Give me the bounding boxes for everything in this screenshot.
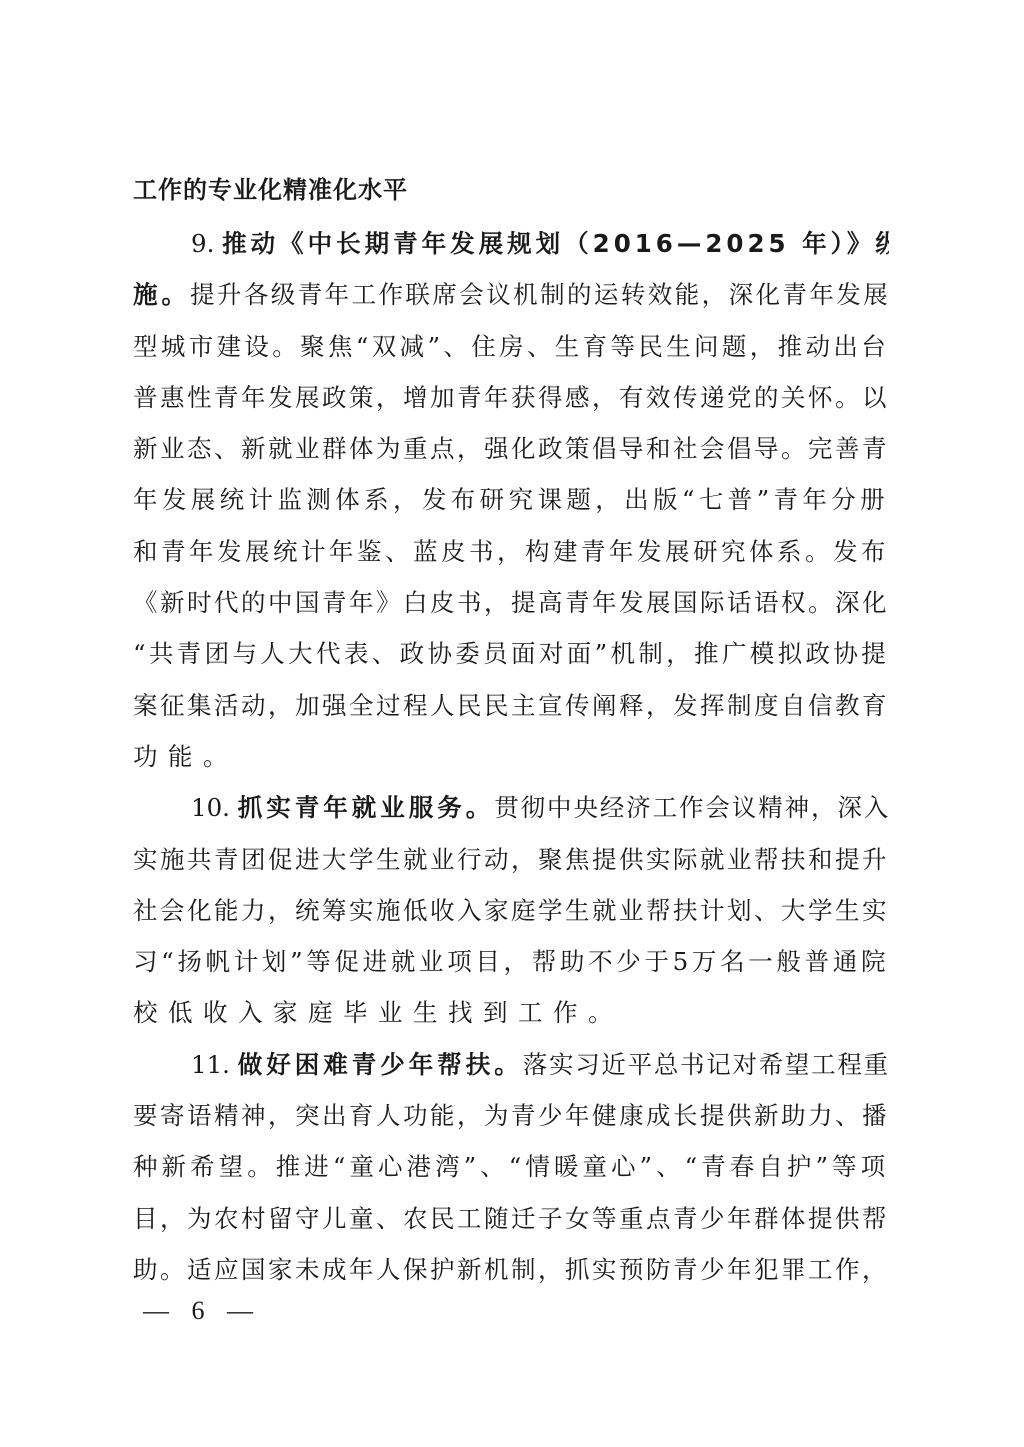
body-text: “共青团与人大代表、政协委员面对面”机制，推广模拟政协提: [133, 639, 889, 668]
body-text: 型城市建设。聚焦“双减”、住房、生育等民生问题，推动出台: [133, 332, 889, 361]
body-text: 《新时代的中国青年》白皮书，提高青年发展国际话语权。深化: [133, 588, 889, 617]
document-body: 9. 推动《中长期青年发展规划（2016—2025 年）》纵深实施。提升各级青年…: [133, 218, 889, 1295]
text-line: 《新时代的中国青年》白皮书，提高青年发展国际话语权。深化: [133, 577, 889, 628]
text-line: 社会化能力，统筹实施低收入家庭学生就业帮扶计划、大学生实: [133, 885, 889, 936]
item-title: 抓实青年就业服务。: [238, 793, 495, 822]
body-text: 实施共青团促进大学生就业行动，聚焦提供实际就业帮扶和提升: [133, 845, 889, 874]
body-text: 和青年发展统计年鉴、蓝皮书，构建青年发展研究体系。发布: [133, 537, 889, 566]
text-line: 11. 做好困难青少年帮扶。落实习近平总书记对希望工程重: [133, 1039, 889, 1090]
text-line: 型城市建设。聚焦“双减”、住房、生育等民生问题，推动出台: [133, 321, 889, 372]
text-line: 要寄语精神，突出育人功能，为青少年健康成长提供新助力、播: [133, 1090, 889, 1141]
item-title: 施。: [133, 280, 190, 309]
body-text: 校低收入家庭毕业生找到工作。: [133, 998, 623, 1027]
text-line: 种新希望。推进“童心港湾”、“情暖童心”、“青春自护”等项: [133, 1141, 889, 1192]
text-line: 新业态、新就业群体为重点，强化政策倡导和社会倡导。完善青: [133, 423, 889, 474]
document-page: 工作的专业化精准化水平 9. 推动《中长期青年发展规划（2016—2025 年）…: [133, 168, 889, 1295]
text-line: 施。提升各级青年工作联席会议机制的运转效能，深化青年发展: [133, 269, 889, 320]
body-text: 种新希望。推进“童心港湾”、“情暖童心”、“青春自护”等项: [133, 1152, 889, 1181]
text-line: 习“扬帆计划”等促进就业项目，帮助不少于5万名一般普通院: [133, 936, 889, 987]
body-text: 功能。: [133, 742, 238, 771]
item-number: 10.: [191, 793, 238, 822]
item-number: 11.: [191, 1050, 238, 1079]
page-footer: — 6 —: [143, 1296, 255, 1326]
text-line: 普惠性青年发展政策，增加青年获得感，有效传递党的关怀。以: [133, 372, 889, 423]
body-text: 年发展统计监测体系，发布研究课题，出版“七普”青年分册: [133, 485, 889, 514]
text-line: 和青年发展统计年鉴、蓝皮书，构建青年发展研究体系。发布: [133, 526, 889, 577]
paragraph-section-11: 11. 做好困难青少年帮扶。落实习近平总书记对希望工程重要寄语精神，突出育人功能…: [133, 1039, 889, 1295]
body-text: 社会化能力，统筹实施低收入家庭学生就业帮扶计划、大学生实: [133, 896, 889, 925]
text-line: 年发展统计监测体系，发布研究课题，出版“七普”青年分册: [133, 474, 889, 525]
item-title: 做好困难青少年帮扶。: [238, 1050, 523, 1079]
text-line: 目，为农村留守儿童、农民工随迁子女等重点青少年群体提供帮: [133, 1193, 889, 1244]
page-number: 6: [192, 1296, 207, 1325]
body-text: 普惠性青年发展政策，增加青年获得感，有效传递党的关怀。以: [133, 383, 889, 412]
body-text: 助。适应国家未成年人保护新机制，抓实预防青少年犯罪工作，: [133, 1255, 889, 1284]
body-text: 落实习近平总书记对希望工程重: [523, 1050, 889, 1079]
item-number: 9.: [191, 229, 222, 258]
body-text: 要寄语精神，突出育人功能，为青少年健康成长提供新助力、播: [133, 1101, 889, 1130]
text-line: 10. 抓实青年就业服务。贯彻中央经济工作会议精神，深入: [133, 782, 889, 833]
heading-continuation: 工作的专业化精准化水平: [133, 168, 889, 212]
body-text: 贯彻中央经济工作会议精神，深入: [494, 793, 889, 822]
text-line: 助。适应国家未成年人保护新机制，抓实预防青少年犯罪工作，: [133, 1244, 889, 1295]
text-line: 9. 推动《中长期青年发展规划（2016—2025 年）》纵深实: [133, 218, 889, 269]
paragraph-section-9: 9. 推动《中长期青年发展规划（2016—2025 年）》纵深实施。提升各级青年…: [133, 218, 889, 782]
body-text: 案征集活动，加强全过程人民民主宣传阐释，发挥制度自信教育: [133, 691, 889, 720]
text-line: 校低收入家庭毕业生找到工作。: [133, 987, 889, 1038]
paragraph-section-10: 10. 抓实青年就业服务。贯彻中央经济工作会议精神，深入实施共青团促进大学生就业…: [133, 782, 889, 1038]
footer-dash-right: —: [227, 1296, 255, 1326]
text-line: 实施共青团促进大学生就业行动，聚焦提供实际就业帮扶和提升: [133, 834, 889, 885]
body-text: 新业态、新就业群体为重点，强化政策倡导和社会倡导。完善青: [133, 434, 889, 463]
text-line: “共青团与人大代表、政协委员面对面”机制，推广模拟政协提: [133, 628, 889, 679]
body-text: 提升各级青年工作联席会议机制的运转效能，深化青年发展: [190, 280, 889, 309]
body-text: 目，为农村留守儿童、农民工随迁子女等重点青少年群体提供帮: [133, 1204, 889, 1233]
body-text: 习“扬帆计划”等促进就业项目，帮助不少于5万名一般普通院: [133, 947, 889, 976]
text-line: 案征集活动，加强全过程人民民主宣传阐释，发挥制度自信教育: [133, 680, 889, 731]
footer-dash-left: —: [143, 1296, 171, 1326]
text-line: 功能。: [133, 731, 889, 782]
item-title: 推动《中长期青年发展规划（2016—2025 年）》纵深实: [222, 229, 889, 258]
